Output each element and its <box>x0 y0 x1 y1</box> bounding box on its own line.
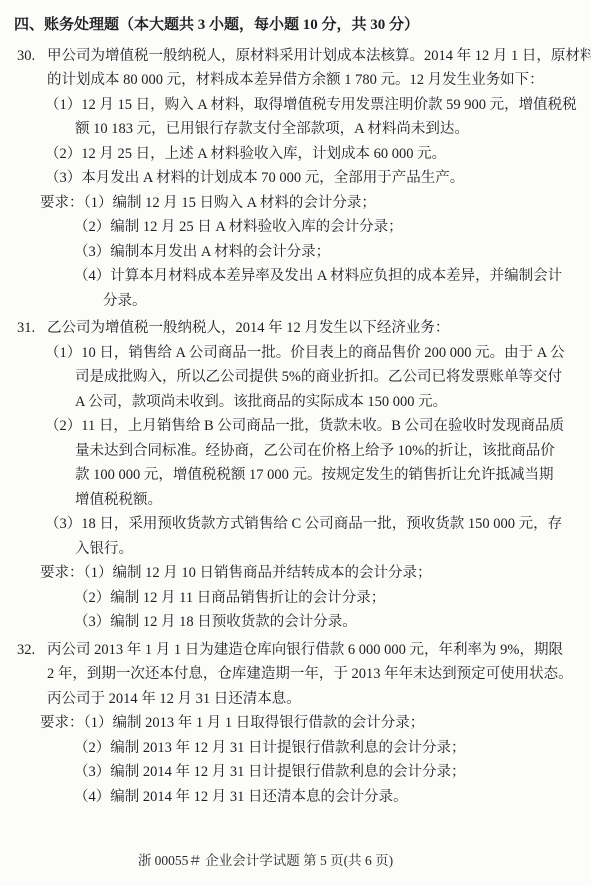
q32-stem-line-2: 2 年，到期一次还本付息，仓库建造期一年，于 2013 年年末达到预定可使用状态… <box>0 662 591 687</box>
q30-req-4-line-2: 分录。 <box>0 289 591 314</box>
q32-req-2: （2）编制 2013 年 12 月 31 日计提银行借款利息的会计分录； <box>0 736 591 761</box>
question-30: 30. 甲公司为增值税一般纳税人，原材料采用计划成本法核算。2014 年 12 … <box>0 44 591 314</box>
q30-stem-line-1: 甲公司为增值税一般纳税人，原材料采用计划成本法核算。2014 年 12 月 1 … <box>47 44 591 69</box>
q31-item3-line-2: 入银行。 <box>0 537 591 562</box>
q31-heading: 31. 乙公司为增值税一般纳税人，2014 年 12 月发生以下经济业务： <box>0 316 591 341</box>
q32-req-1: 要求：（1）编制 2013 年 1 月 1 日取得银行借款的会计分录； <box>0 711 591 736</box>
q30-stem-line-2: 的计划成本 80 000 元，材料成本差异借方余额 1 780 元。12 月发生… <box>0 68 591 93</box>
q31-item2-line-1: （2）11 日，上月销售给 B 公司商品一批，货款未收。B 公司在验收时发现商品… <box>0 414 591 439</box>
q30-req-2: （2）编制 12 月 25 日 A 材料验收入库的会计分录； <box>0 215 591 240</box>
q31-item2-line-3: 款 100 000 元，增值税税额 17 000 元。按规定发生的销售折让允许抵… <box>0 463 591 488</box>
q31-item2-line-4: 增值税税额。 <box>0 488 591 513</box>
q32-number: 32. <box>17 638 47 663</box>
q31-item1-line-2: 司是成批购入，所以乙公司提供 5%的商业折扣。乙公司已将发票账单等交付 <box>0 365 591 390</box>
q32-req-3: （3）编制 2014 年 12 月 31 日计提银行借款利息的会计分录； <box>0 760 591 785</box>
q30-req-3: （3）编制本月发出 A 材料的会计分录； <box>0 240 591 265</box>
q30-item1-line-1: （1）12 月 15 日，购入 A 材料，取得增值税专用发票注明价款 59 90… <box>0 93 591 118</box>
q30-item3: （3）本月发出 A 材料的计划成本 70 000 元，全部用于产品生产。 <box>0 166 591 191</box>
exam-paper-page: 四、账务处理题（本大题共 3 小题，每小题 10 分，共 30 分） 30. 甲… <box>0 0 591 886</box>
q31-item2-line-2: 量未达到合同标准。经协商，乙公司在价格上给予 10%的折让，该批商品价 <box>0 439 591 464</box>
q30-item2: （2）12 月 25 日，上述 A 材料验收入库，计划成本 60 000 元。 <box>0 142 591 167</box>
section-title: 四、账务处理题（本大题共 3 小题，每小题 10 分，共 30 分） <box>0 13 591 38</box>
q30-req-1: 要求：（1）编制 12 月 15 日购入 A 材料的会计分录； <box>0 191 591 216</box>
q31-item1-line-1: （1）10 日，销售给 A 公司商品一批。价目表上的商品售价 200 000 元… <box>0 341 591 366</box>
q31-stem-line-1: 乙公司为增值税一般纳税人，2014 年 12 月发生以下经济业务： <box>47 316 449 341</box>
q31-req-3: （3）编制 12 月 18 日预收货款的会计分录。 <box>0 610 591 635</box>
question-32: 32. 丙公司 2013 年 1 月 1 日为建造仓库向银行借款 6 000 0… <box>0 638 591 810</box>
q31-number: 31. <box>17 316 47 341</box>
page-footer: 浙 00055＃ 企业会计学试题 第 5 页(共 6 页) <box>138 849 393 869</box>
q31-item3-line-1: （3）18 日，采用预收货款方式销售给 C 公司商品一批，预收货款 150 00… <box>0 512 591 537</box>
q30-number: 30. <box>17 44 47 69</box>
q31-req-2: （2）编制 12 月 11 日商品销售折让的会计分录； <box>0 586 591 611</box>
question-31: 31. 乙公司为增值税一般纳税人，2014 年 12 月发生以下经济业务： （1… <box>0 316 591 635</box>
q32-heading: 32. 丙公司 2013 年 1 月 1 日为建造仓库向银行借款 6 000 0… <box>0 638 591 663</box>
q32-req-4: （4）编制 2014 年 12 月 31 日还清本息的会计分录。 <box>0 785 591 810</box>
q30-req-4-line-1: （4）计算本月材料成本差异率及发出 A 材料应负担的成本差异，并编制会计 <box>0 264 591 289</box>
q32-stem-line-1: 丙公司 2013 年 1 月 1 日为建造仓库向银行借款 6 000 000 元… <box>47 638 563 663</box>
q32-stem-line-3: 丙公司于 2014 年 12 月 31 日还清本息。 <box>0 687 591 712</box>
q31-req-1: 要求：（1）编制 12 月 10 日销售商品并结转成本的会计分录； <box>0 561 591 586</box>
q30-item1-line-2: 额 10 183 元，已用银行存款支付全部款项，A 材料尚未到达。 <box>0 117 591 142</box>
q30-heading: 30. 甲公司为增值税一般纳税人，原材料采用计划成本法核算。2014 年 12 … <box>0 44 591 69</box>
q31-item1-line-3: A 公司，款项尚未收到。该批商品的实际成本 150 000 元。 <box>0 390 591 415</box>
